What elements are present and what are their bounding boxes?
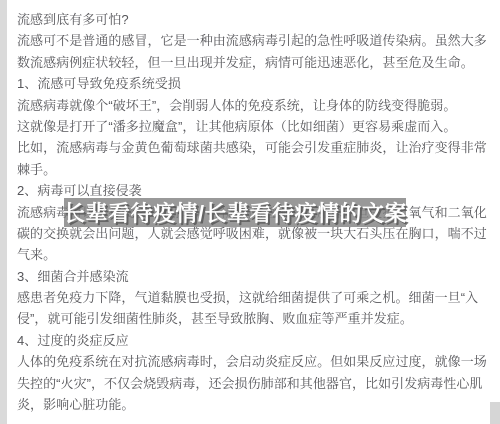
text-line: 失控的“火灾”，不仅会烧毁病毒，还会损伤肺部和其他器官，比如引发病毒性心肌 (17, 373, 489, 394)
watermark-text: 长辈看待疫情/长辈看待疫情的文案 (63, 197, 407, 228)
text-line: 这就像是打开了“潘多拉魔盒”，让其他病原体（比如细菌）更容易乘虚而入。 (17, 116, 489, 137)
text-line: 人体的免疫系统在对抗流感病毒时，会启动炎症反应。但如果反应过度，就像一场 (17, 351, 489, 372)
text-line: 棘手。 (17, 159, 489, 180)
section-heading-4: 4、过度的炎症反应 (17, 330, 489, 351)
section-heading-3: 3、细菌合并感染流 (17, 266, 489, 287)
watermark-band: 长辈看待疫情/长辈看待疫情的文案 (64, 198, 406, 227)
article-page: 流感到底有多可怕? 流感可不是普通的感冒，它是一种由流感病毒引起的急性呼吸道传染… (0, 0, 500, 424)
text-line: 流感病毒就像个“破坏王”，会削弱人体的免疫系统，让身体的防线变得脆弱。 (17, 95, 489, 116)
text-line: 侵”，就可能引发细菌性肺炎，甚至导致脓胸、败血症等严重并发症。 (17, 308, 489, 329)
text-line: 气来。 (17, 244, 489, 265)
text-line: 感患者免疫力下降，气道黏膜也受损，这就给细菌提供了可乘之机。细菌一旦“入 (17, 287, 489, 308)
text-line: 炎，影响心脏功能。 (17, 394, 489, 415)
right-edge-strip (490, 402, 500, 424)
text-line: 数流感病例症状较轻，但一旦出现并发症，病情可能迅速恶化，甚至危及生命。 (17, 52, 489, 73)
text-line: 比如，流感病毒与金黄色葡萄球菌共感染，可能会引发重症肺炎，让治疗变得非常 (17, 137, 489, 158)
left-edge-strip (0, 0, 7, 424)
text-line: 流感可不是普通的感冒，它是一种由流感病毒引起的急性呼吸道传染病。虽然大多 (17, 30, 489, 51)
section-heading-1: 1、流感可导致免疫系统受损 (17, 73, 489, 94)
page-title: 流感到底有多可怕? (17, 9, 489, 30)
